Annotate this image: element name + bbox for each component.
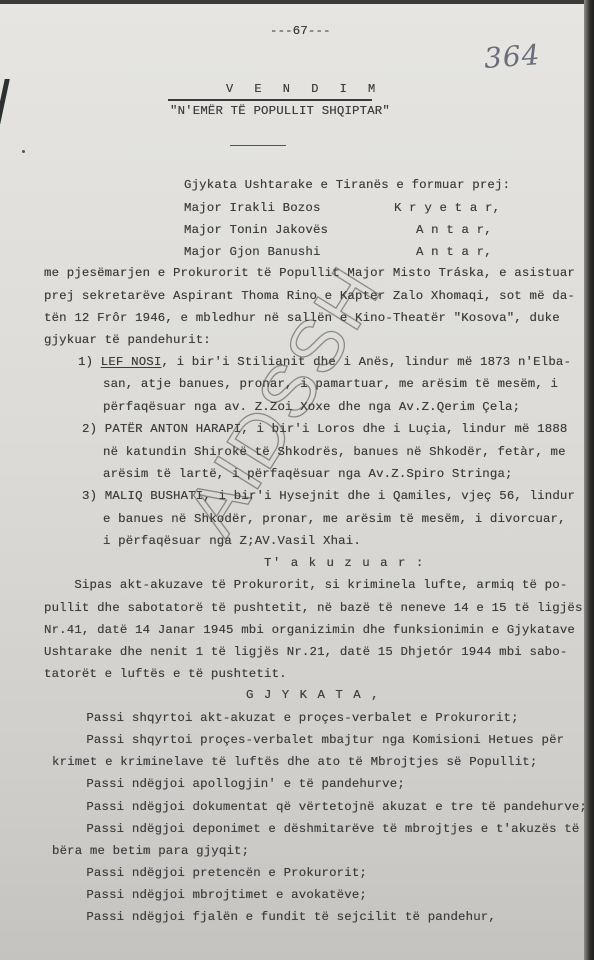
accusation-line: Ushtarake dhe nenit 1 të ligjës Nr.21, d… (44, 645, 567, 659)
accusation-line: tatorët e luftës e të pushtetit. (44, 667, 287, 681)
court-member-role: K r y e t a r, (394, 201, 500, 215)
consideration-line: Passi ndëgjoi deponimet e dëshmitarëve t… (56, 822, 579, 836)
defendant-name: PATËR ANTON HARAPI (105, 422, 242, 436)
scan-artifact (0, 79, 10, 124)
consideration-line: Passi ndëgjoi dokumentat që vërtetojnë a… (56, 800, 584, 814)
preamble-line: prej sekretarëve Aspirant Thoma Rino e K… (44, 289, 575, 303)
defendant-number: 3) (82, 489, 97, 503)
consideration-line: Passi ndëgjoi pretencën e Prokurorit; (56, 866, 367, 880)
court-member-name: Major Irakli Bozos (184, 201, 321, 215)
preamble-line: me pjesëmarjen e Prokurorit të Popullit … (44, 266, 575, 280)
defendant-number: 1) (78, 355, 93, 369)
defendant-name: MALIQ BUSHATI (105, 489, 204, 503)
court-member-role: A n t a r, (416, 223, 492, 237)
document-subtitle: "N'EMËR TË POPULLIT SHQIPTAR" (170, 104, 390, 118)
defendant-detail: , i bir'i Stilianit dhe i Anës, lindur m… (161, 355, 571, 369)
consideration-line: Passi shqyrtoi akt-akuzat e proçes-verba… (56, 711, 519, 725)
consideration-line: Passi ndëgjoi apollogjin' e të pandehurv… (56, 777, 405, 791)
defendant-detail: arësim të lartë, i përfaqësuar nga Av.Z.… (103, 467, 513, 481)
document-page: ---67--- 364 V E N D I M "N'EMËR TË POPU… (0, 0, 584, 960)
preamble-line: tën 12 Frôr 1946, e mbledhur në sallën e… (44, 311, 560, 325)
title-underline (168, 99, 372, 101)
consideration-line: Passi ndëgjoi fjalën e fundit të sejcili… (56, 910, 496, 924)
scan-speck (22, 150, 25, 153)
accusation-line: pullit dhe sabotatorë të pushtetit, në b… (44, 601, 583, 615)
defendant-name: LEF NOSI (101, 355, 162, 369)
page-number: ---67--- (270, 24, 331, 38)
defendant-detail: , i bir'i Loros dhe i Luçia, lindur më 1… (241, 422, 567, 436)
consideration-line: bëra me betim para gjyqit; (52, 844, 249, 858)
preamble-line: gjykuar të pandehurit: (44, 333, 211, 347)
court-member-role: A n t a r, (416, 245, 492, 259)
court-member-name: Major Gjon Banushi (184, 245, 321, 259)
accusation-line: Sipas akt-akuzave të Prokurorit, si krim… (44, 578, 567, 592)
accusation-line: Nr.41, datë 14 Janar 1945 mbi organizimi… (44, 623, 575, 637)
defendant-detail: në katundin Shirokë të Shkodrës, banues … (103, 445, 566, 459)
document-title: V E N D I M (226, 82, 382, 96)
subtitle-rule (230, 145, 286, 146)
handwritten-folio-number: 364 (483, 38, 542, 75)
defendant-detail: e banues në Shkodër, pronar, me arësim t… (103, 512, 566, 526)
accused-heading: T' a k u z u a r : (264, 556, 425, 570)
consideration-line: Passi shqyrtoi proçes-verbalet mbajtur n… (56, 733, 564, 747)
defendant-detail: , i bir'i Hysejnit dhe i Qamiles, vjeç 5… (203, 489, 575, 503)
court-heading: G J Y K A T A , (246, 688, 380, 702)
court-intro: Gjykata Ushtarake e Tiranës e formuar pr… (184, 178, 510, 192)
defendant-number: 2) (82, 422, 97, 436)
court-member-name: Major Tonin Jakovës (184, 223, 328, 237)
defendant-detail: i përfaqësuar nga Z;AV.Vasil Xhai. (103, 534, 361, 548)
scan-edge-shadow (584, 0, 594, 960)
consideration-line: krimet e kriminelave të luftës dhe ato t… (52, 755, 537, 769)
consideration-line: Passi ndëgjoi mbrojtimet e avokatëve; (56, 888, 367, 902)
defendant-detail: san, atje banues, pronar, i pamartuar, m… (103, 377, 558, 391)
defendant-detail: përfaqësuar nga av. Z.Zoi Xoxe dhe nga A… (103, 400, 520, 414)
